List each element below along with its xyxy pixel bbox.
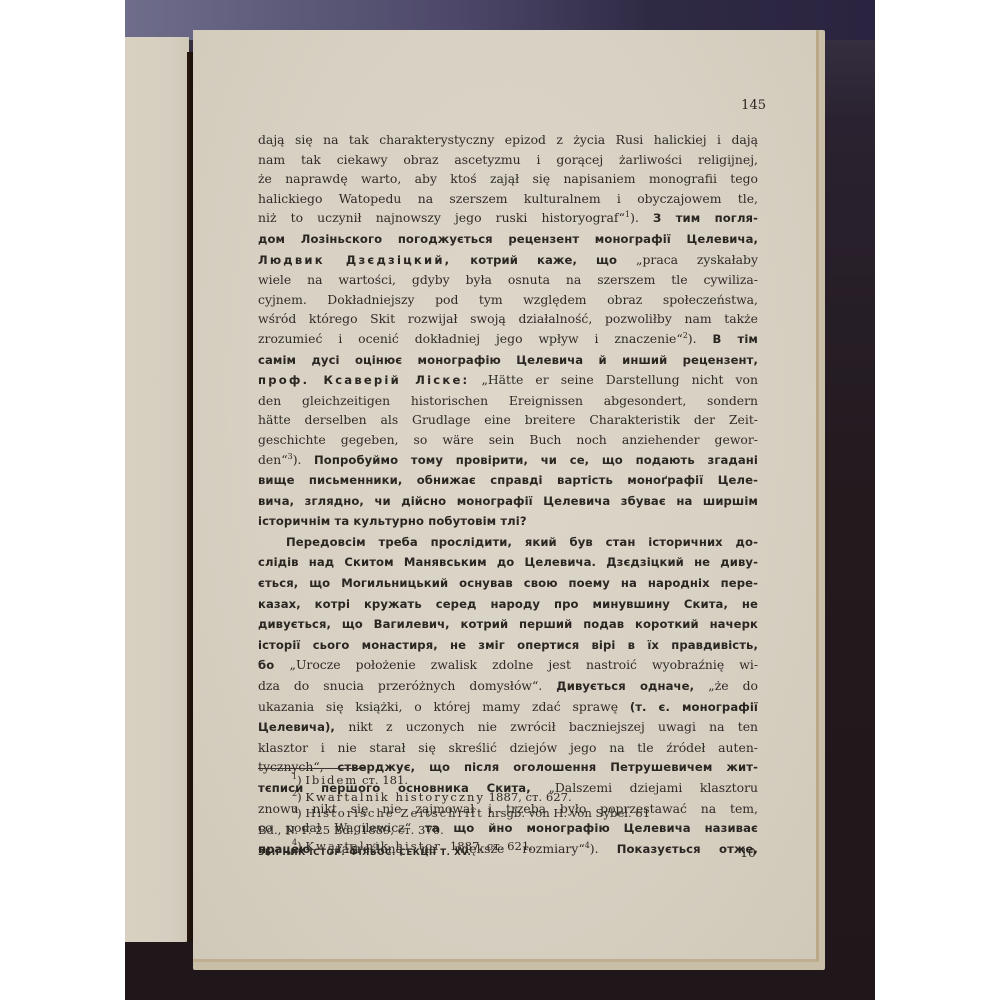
text-line: проф. Ксаверій Ліске: „Hätte er seine Da… — [258, 370, 758, 391]
text-run: dza do snucia przeróżnych domysłów“. — [258, 678, 556, 693]
text-run: geschichte gegeben, so wäre sein Buch no… — [258, 432, 758, 447]
text-run: klasztor i nie starał się skreślić dziej… — [258, 740, 758, 755]
text-run: zrozumieć i ocenić dokładniej jego wpływ… — [258, 331, 683, 346]
footnote-detail: 1887, ст. 627. — [485, 790, 572, 804]
body-text: dają się na tak charakterystyczny epizod… — [258, 130, 758, 859]
text-run: вича, зглядно, чи дійсно монографії Целе… — [258, 494, 758, 508]
text-run: Людвик Дзєдзіцкий, — [258, 253, 451, 267]
text-run: dają się na tak charakterystyczny epizod… — [258, 132, 758, 147]
page-footer: ЗБІРНИК ІСТОР.-ФІЛЬОС. СЕКЦІЇ Т. XV. 10 — [258, 848, 758, 858]
text-run: Дивується одначе, — [556, 679, 708, 693]
text-line: вище письменники, обнижає справді вартіс… — [258, 470, 758, 491]
text-line: klasztor i nie starał się skreślić dziej… — [258, 738, 758, 758]
footnote-source: Ibidem — [305, 773, 358, 787]
text-line: nam tak ciekawy obraz ascetyzmu i gorące… — [258, 150, 758, 170]
text-line: казах, котрі кружать серед народу про ми… — [258, 594, 758, 615]
text-run: Передовсім треба прослідити, який був ст… — [286, 535, 758, 549]
text-line: Целевича), nikt z uczonych nie zwrócił b… — [258, 717, 758, 738]
text-run: дом Лозіньского погоджується рецензент м… — [258, 232, 758, 246]
text-line: бо „Urocze położenie zwalisk zdolne jest… — [258, 655, 758, 676]
text-run: że naprawdę warto, aby ktoś zajął się na… — [258, 171, 758, 186]
text-run: Целевича), — [258, 720, 348, 734]
footnote-detail: hrsgb. von H. von Sybel. 61 — [484, 806, 650, 820]
left-page-edge — [125, 37, 189, 942]
text-run: проф. Ксаверій Ліске: — [258, 373, 469, 387]
footnote-mark: 2 — [292, 789, 297, 798]
text-run: котрий каже, що — [451, 253, 636, 267]
text-run: „Urocze położenie zwalisk zdolne jest na… — [290, 657, 758, 672]
text-line: cyjnem. Dokładniejszy pod tym względem o… — [258, 290, 758, 310]
text-run: дивується, що Вагилевич, котрий перший п… — [258, 617, 758, 631]
text-run: cyjnem. Dokładniejszy pod tym względem o… — [258, 292, 758, 307]
text-line: wśród którego Skit rozwijał swoją działa… — [258, 309, 758, 329]
footnote-detail: Bd., N. F. 25 Bd., 1889, ст. 370. — [258, 823, 444, 837]
text-run: den gleichzeitigen historischen Ereignis… — [258, 393, 758, 408]
text-line: Передовсім треба прослідити, який був ст… — [258, 532, 758, 553]
text-line: zrozumieć i ocenić dokładniej jego wpływ… — [258, 329, 758, 350]
text-run: den“ — [258, 452, 288, 467]
text-line: слідів над Скитом Манявським до Целевича… — [258, 552, 758, 573]
footnote: 1) Ibidem ст. 181. — [258, 772, 758, 789]
text-line: dają się na tak charakterystyczny epizod… — [258, 130, 758, 150]
text-run: „praca zyskałaby — [636, 252, 758, 267]
text-line: wiele na wartości, gdyby była osnuta na … — [258, 270, 758, 290]
text-line: історії сього монастиря, не зміг опертис… — [258, 635, 758, 656]
footnotes: 1) Ibidem ст. 181.2) Kwartalnik historyc… — [258, 772, 758, 855]
text-run: історії сього монастиря, не зміг опертис… — [258, 638, 758, 652]
footnote: 3) Historische Zeitschrift hrsgb. von H.… — [258, 805, 758, 822]
text-run: nam tak ciekawy obraz ascetyzmu i gorące… — [258, 152, 758, 167]
text-line: дивується, що Вагилевич, котрий перший п… — [258, 614, 758, 635]
text-line: den gleichzeitigen historischen Ereignis… — [258, 391, 758, 411]
text-line: ється, що Могильницький оснував свою пое… — [258, 573, 758, 594]
text-run: „Hätte er seine Darstellung nicht von — [469, 372, 758, 387]
text-run: wiele na wartości, gdyby była osnuta na … — [258, 272, 758, 287]
text-line: вича, зглядно, чи дійсно монографії Целе… — [258, 491, 758, 512]
text-line: ukazania się książki, o której mamy zdać… — [258, 697, 758, 718]
text-run: „że do — [708, 678, 758, 693]
text-run: wśród którego Skit rozwijał swoją działa… — [258, 311, 758, 326]
book-photograph: 145 dają się na tak charakterystyczny ep… — [125, 0, 875, 1000]
text-line: den“3). Попробуймо тому провірити, чи се… — [258, 450, 758, 471]
text-line: halickiego Watopedu na szerszem kultural… — [258, 189, 758, 209]
text-run: (т. є. монографії — [630, 700, 758, 714]
footnote-detail: ст. 181. — [358, 773, 408, 787]
text-line: geschichte gegeben, so wäre sein Buch no… — [258, 430, 758, 450]
footnote-source: Historische Zeitschrift — [305, 806, 484, 820]
text-run: слідів над Скитом Манявським до Целевича… — [258, 555, 758, 569]
text-run: казах, котрі кружать серед народу про ми… — [258, 597, 758, 611]
footnote: 2) Kwartalnik historyczny 1887, ст. 627. — [258, 789, 758, 806]
text-run: В тім — [712, 332, 758, 346]
text-line: dza do snucia przeróżnych domysłów“. Див… — [258, 676, 758, 697]
text-run: halickiego Watopedu na szerszem kultural… — [258, 191, 758, 206]
footnote-mark: 3 — [292, 805, 297, 814]
text-run: ). — [293, 452, 314, 467]
text-line: niż to uczynił najnowszy jego ruski hist… — [258, 208, 758, 229]
text-run: Попробуймо тому провірити, чи се, що под… — [314, 453, 758, 467]
text-line: дом Лозіньского погоджується рецензент м… — [258, 229, 758, 250]
text-line: історичнім та культурно побутовім тлі? — [258, 511, 758, 532]
text-run: ). — [688, 331, 713, 346]
text-line: Людвик Дзєдзіцкий, котрий каже, що „prac… — [258, 250, 758, 271]
text-line: самім дусі оцінює монографію Целевича й … — [258, 350, 758, 371]
footnote-source: Kwartalnik historyczny — [305, 790, 485, 804]
text-run: самім дусі оцінює монографію Целевича й … — [258, 353, 758, 367]
text-line: że naprawdę warto, aby ktoś zajął się na… — [258, 169, 758, 189]
footnote-rule — [258, 768, 366, 769]
text-run: вище письменники, обнижає справді вартіс… — [258, 473, 758, 487]
footnote-mark: 4 — [292, 838, 297, 847]
text-run: З тим погля- — [653, 211, 758, 225]
text-run: hätte derselben als Grudlage eine breite… — [258, 412, 758, 427]
text-run: ється, що Могильницький оснував свою пое… — [258, 576, 758, 590]
text-run: історичнім та культурно побутовім тлі? — [258, 514, 527, 528]
footnote: Bd., N. F. 25 Bd., 1889, ст. 370. — [258, 822, 758, 839]
text-run: ). — [630, 210, 653, 225]
series-title: ЗБІРНИК ІСТОР.-ФІЛЬОС. СЕКЦІЇ Т. XV. — [258, 848, 471, 858]
text-run: niż to uczynił najnowszy jego ruski hist… — [258, 210, 625, 225]
text-run: бо — [258, 658, 290, 672]
book-page: 145 dają się na tak charakterystyczny ep… — [193, 30, 819, 962]
text-run: nikt z uczonych nie zwrócił baczniejszej… — [348, 719, 758, 734]
text-line: hätte derselben als Grudlage eine breite… — [258, 410, 758, 430]
signature-mark: 10 — [740, 845, 756, 860]
text-run: ukazania się książki, o której mamy zdać… — [258, 699, 630, 714]
footnote-mark: 1 — [292, 772, 297, 781]
page-number: 145 — [741, 98, 766, 113]
